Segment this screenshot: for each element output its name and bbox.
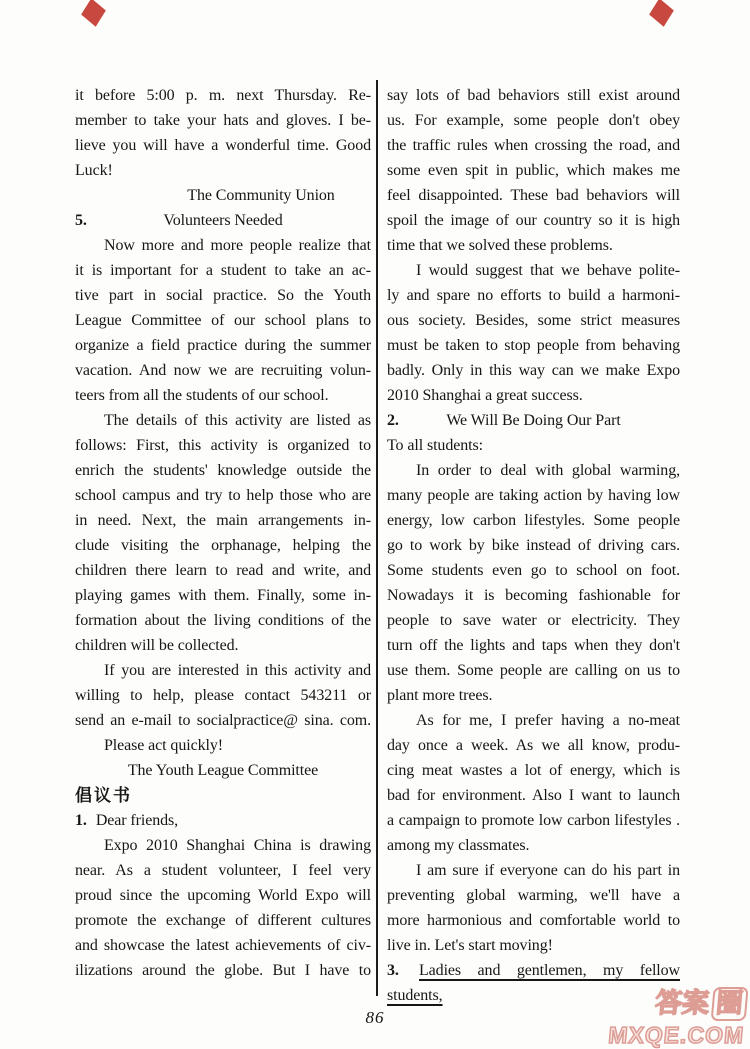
text-line: willing to help, please contact 543211 o… xyxy=(75,683,371,708)
text-line: vacation. And now we are recruiting volu… xyxy=(75,358,371,383)
text-line: In order to deal with global warming, xyxy=(387,458,680,483)
text-line: some even spit in public, which makes me xyxy=(387,158,680,183)
text-line: many people are taking action by having … xyxy=(387,483,680,508)
text-line: tive part in social practice. So the You… xyxy=(75,283,371,308)
text-line: 3.Ladies and gentlemen, my fellow xyxy=(387,958,680,983)
text-line: bad for environment. Also I want to laun… xyxy=(387,783,680,808)
watermark-logo-badge: 圈 xyxy=(711,987,749,1021)
text-line: and showcase the latest achievements of … xyxy=(75,933,371,958)
text-line: preventing global warming, we'll have a xyxy=(387,883,680,908)
text-line: cing meat wastes a lot of energy, which … xyxy=(387,758,680,783)
text-line: send an e-mail to socialpractice@ sina. … xyxy=(75,708,371,733)
text-line: member to take your hats and gloves. I b… xyxy=(75,108,371,133)
text-line: ly and spare no efforts to build a harmo… xyxy=(387,283,680,308)
text-line: clude visiting the orphanage, helping th… xyxy=(75,533,371,558)
text-line: day once a week. As we all know, produ- xyxy=(387,733,680,758)
column-divider xyxy=(376,80,378,996)
text-line: it before 5:00 p. m. next Thursday. Re- xyxy=(75,83,371,108)
text-line: it is important for a student to take an… xyxy=(75,258,371,283)
text-line: enrich the students' knowledge outside t… xyxy=(75,458,371,483)
text-line: 2.We Will Be Doing Our Part xyxy=(387,408,680,433)
text-line: go to work by bike instead of driving ca… xyxy=(387,533,680,558)
text-line: use them. Some people are calling on us … xyxy=(387,658,680,683)
text-line: Please act quickly! xyxy=(75,733,371,758)
text-line: Nowadays it is becoming fashionable for xyxy=(387,583,680,608)
text-line: turn off the lights and taps when they d… xyxy=(387,633,680,658)
item-text: Ladies and gentlemen, my fellow xyxy=(419,958,680,983)
text-line: us. For example, some people don't obey xyxy=(387,108,680,133)
text-line: teers from all the students of our schoo… xyxy=(75,383,371,408)
text-line: proud since the upcoming World Expo will xyxy=(75,883,371,908)
text-line: To all students: xyxy=(387,433,680,458)
text-line: ilizations around the globe. But I have … xyxy=(75,958,371,983)
text-line: people to save water or electricity. The… xyxy=(387,608,680,633)
text-line: badly. Only in this way can we make Expo xyxy=(387,358,680,383)
text-line: 5.Volunteers Needed xyxy=(75,208,371,233)
scanned-page: it before 5:00 p. m. next Thursday. Re-m… xyxy=(0,0,750,1049)
text-line: League Committee of our school plans to xyxy=(75,308,371,333)
text-line: Expo 2010 Shanghai China is drawing xyxy=(75,833,371,858)
red-corner-mark-icon xyxy=(81,0,106,27)
item-text: Volunteers Needed xyxy=(119,208,371,233)
text-line: The Youth League Committee xyxy=(75,758,371,783)
text-line: promote the exchange of different cultur… xyxy=(75,908,371,933)
text-line: ous society. Besides, some strict measur… xyxy=(387,308,680,333)
text-line: say lots of bad behaviors still exist ar… xyxy=(387,83,680,108)
text-line: I am sure if everyone can do his part in xyxy=(387,858,680,883)
text-line: I would suggest that we behave polite- xyxy=(387,258,680,283)
text-line: live in. Let's start moving! xyxy=(387,933,680,958)
text-line: among my classmates. xyxy=(387,833,680,858)
text-line: As for me, I prefer having a no-meat xyxy=(387,708,680,733)
item-number: 2. xyxy=(387,408,431,433)
text-line: organize a field practice during the sum… xyxy=(75,333,371,358)
watermark: 答案圈 MXQE.COM xyxy=(608,987,749,1047)
text-line: the traffic rules when crossing the road… xyxy=(387,133,680,158)
text-line: If you are interested in this activity a… xyxy=(75,658,371,683)
text-line: a campaign to promote low carbon lifesty… xyxy=(387,808,680,833)
text-line: Luck! xyxy=(75,158,371,183)
text-line: near. As a student volunteer, I feel ver… xyxy=(75,858,371,883)
right-column: say lots of bad behaviors still exist ar… xyxy=(387,83,680,1008)
text-line: 1.Dear friends, xyxy=(75,808,371,833)
text-line: must be taken to stop people from behavi… xyxy=(387,333,680,358)
text-line: children will be collected. xyxy=(75,633,371,658)
text-line: follows: First, this activity is organiz… xyxy=(75,433,371,458)
watermark-logo-text: 答案 xyxy=(654,988,710,1018)
text-line: feel disappointed. These bad behaviors w… xyxy=(387,183,680,208)
text-line: Some students even go to school on foot. xyxy=(387,558,680,583)
text-line: energy, low carbon lifestyles. Some peop… xyxy=(387,508,680,533)
item-text: We Will Be Doing Our Part xyxy=(431,408,680,433)
text-line: in need. Next, the main arrangements in- xyxy=(75,508,371,533)
watermark-site: MXQE.COM xyxy=(608,1024,746,1047)
text-line: The Community Union xyxy=(75,183,371,208)
item-number: 3. xyxy=(387,958,419,983)
watermark-logo: 答案圈 xyxy=(610,987,749,1021)
item-number: 1. xyxy=(75,812,87,829)
text-line: school campus and try to help those who … xyxy=(75,483,371,508)
text-line: 倡议书 xyxy=(75,783,371,808)
left-column: it before 5:00 p. m. next Thursday. Re-m… xyxy=(75,83,371,983)
text-line: children there learn to read and write, … xyxy=(75,558,371,583)
text-line: lieve you will have a wonderful time. Go… xyxy=(75,133,371,158)
item-text: Dear friends, xyxy=(96,812,178,829)
text-line: 2010 Shanghai a great success. xyxy=(387,383,680,408)
red-corner-mark-icon xyxy=(649,0,674,27)
text-line: formation about the living conditions of… xyxy=(75,608,371,633)
text-line: more harmonious and comfortable world to xyxy=(387,908,680,933)
text-line: spoil the image of our country so it is … xyxy=(387,208,680,233)
text-line: plant more trees. xyxy=(387,683,680,708)
text-line: time that we solved these problems. xyxy=(387,233,680,258)
text-line: playing games with them. Finally, some i… xyxy=(75,583,371,608)
text-line: Now more and more people realize that xyxy=(75,233,371,258)
item-number: 5. xyxy=(75,208,119,233)
text-line: The details of this activity are listed … xyxy=(75,408,371,433)
